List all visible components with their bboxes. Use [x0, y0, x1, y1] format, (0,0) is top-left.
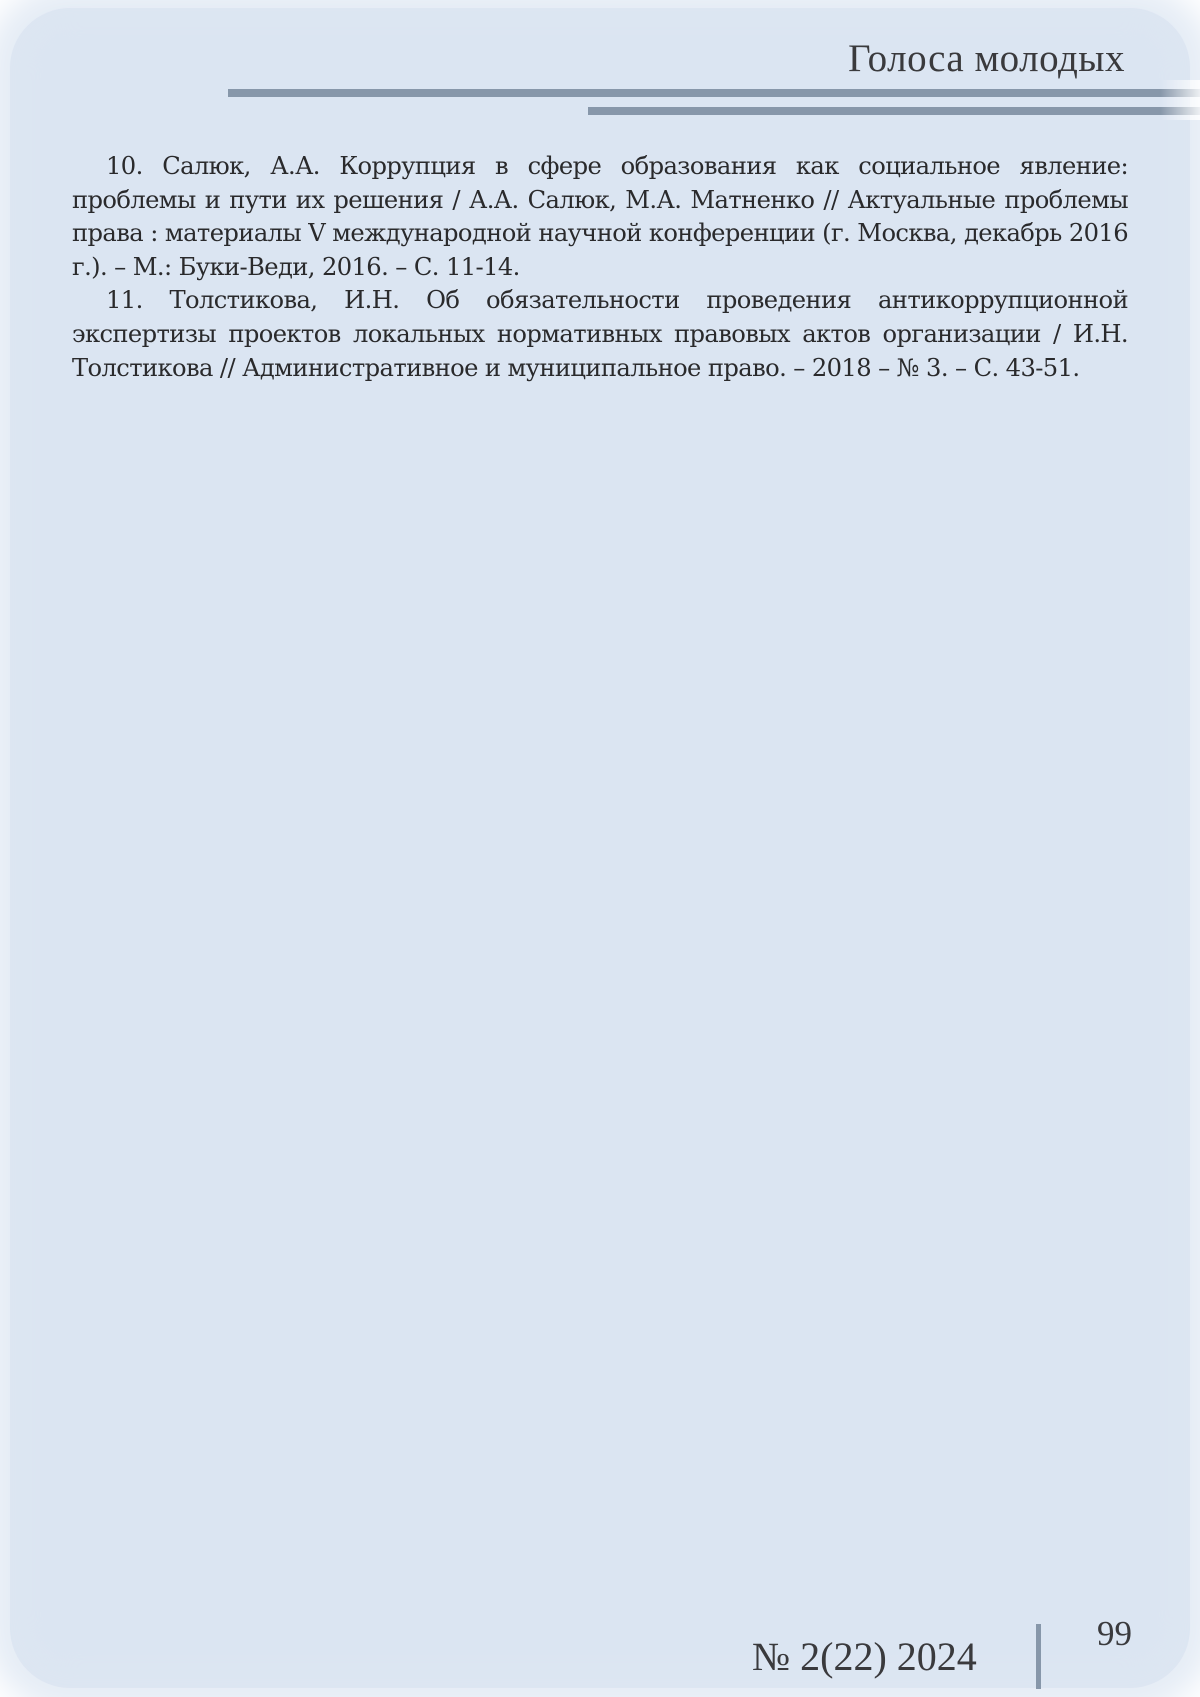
- issue-number: № 2(22) 2024: [752, 1633, 977, 1680]
- footer-divider: [1036, 1624, 1041, 1689]
- header-rule-fade: [1160, 80, 1200, 120]
- running-title: Голоса молодых: [848, 36, 1125, 81]
- reference-text: Толстикова, И.Н. Об обязательности прове…: [72, 286, 1128, 381]
- reference-number: 11.: [106, 286, 143, 314]
- reference-item: 11. Толстикова, И.Н. Об обязательности п…: [72, 284, 1128, 385]
- reference-list: 10. Салюк, А.А. Коррупция в сфере образо…: [72, 150, 1128, 385]
- page-number: 99: [1097, 1614, 1132, 1654]
- reference-number: 10.: [106, 152, 143, 180]
- header-rule-top: [228, 89, 1200, 97]
- reference-item: 10. Салюк, А.А. Коррупция в сфере образо…: [72, 150, 1128, 284]
- reference-text: Салюк, А.А. Коррупция в сфере образовани…: [72, 152, 1128, 281]
- header-rule-bottom: [588, 107, 1200, 115]
